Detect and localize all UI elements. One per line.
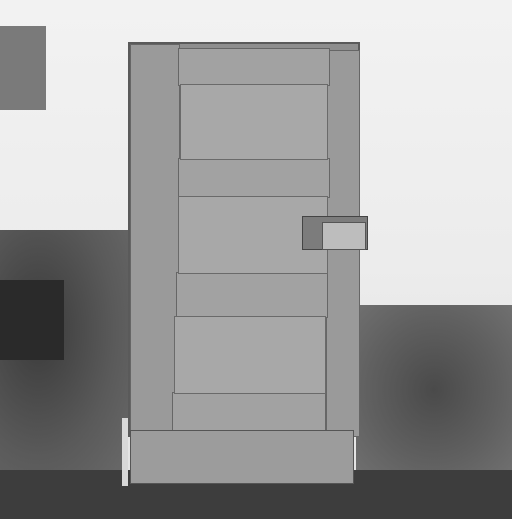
door-panel-top (180, 84, 328, 160)
moss-right (356, 305, 512, 475)
wooden-stick (122, 418, 128, 486)
door-panel-bottom (174, 316, 326, 394)
dark-stain (0, 280, 64, 360)
door-stile-left (130, 44, 180, 437)
door-bottom-board (130, 430, 354, 484)
door-rail-mid2 (176, 272, 328, 318)
door-rail-top (178, 48, 330, 86)
wall-patch (0, 26, 46, 110)
door-rail-mid1 (178, 158, 330, 198)
lock-plate (322, 222, 366, 250)
